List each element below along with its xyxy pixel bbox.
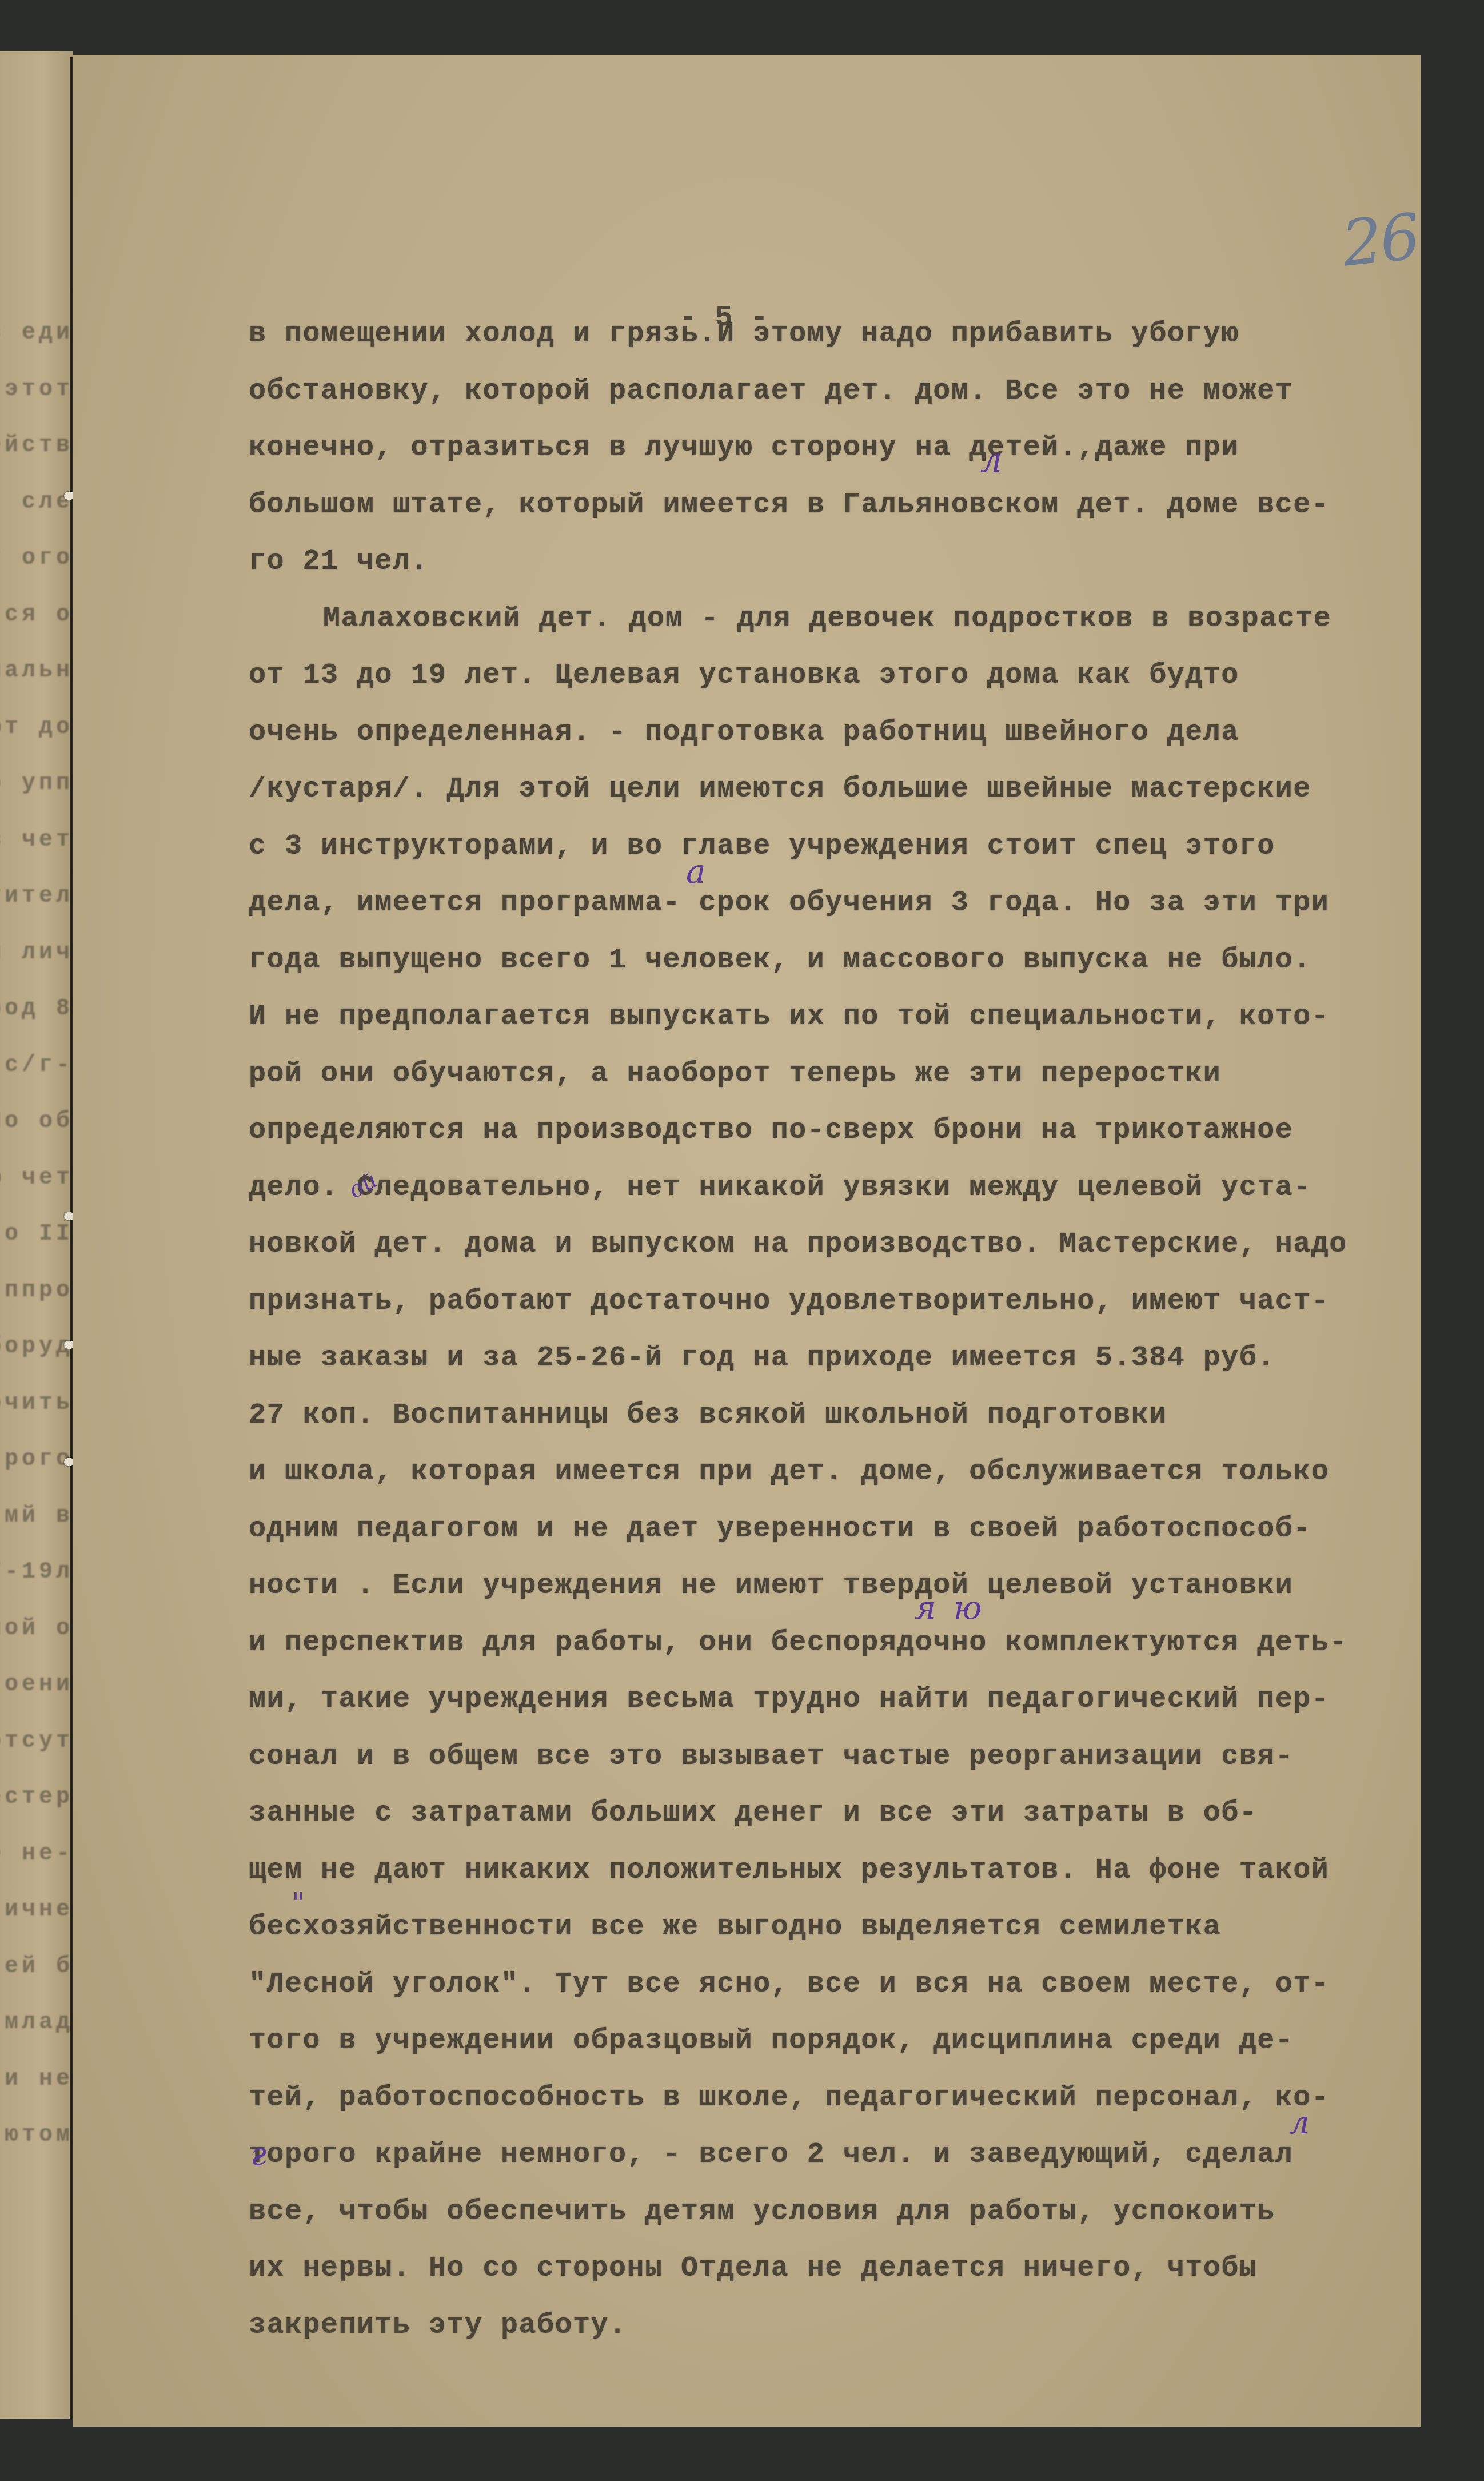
- typed-line: обстановку, которой располагает дет. дом…: [249, 369, 1426, 426]
- left-page-text-fragment: г ого: [2, 545, 73, 571]
- typed-line: занные с затратами больших денег и все э…: [249, 1791, 1426, 1848]
- typed-line: торого крайне немного, - всего 2 чел. и …: [249, 2132, 1426, 2189]
- ink-correction-mark: г: [250, 2136, 266, 2173]
- typed-line: ности . Если учреждения не имеют твердой…: [249, 1563, 1426, 1620]
- typed-line: в помещении холод и грязь.И этому надо п…: [249, 312, 1426, 369]
- typed-line: года выпущено всего 1 человек, и массово…: [249, 938, 1426, 995]
- left-page-text-fragment: ппро: [2, 1278, 73, 1304]
- typed-line: щем не дают никаких положительных резуль…: [249, 1848, 1426, 1905]
- left-page-text-fragment: в чет: [2, 827, 73, 853]
- left-page-text-fragment: рого: [2, 1447, 73, 1472]
- typed-line: и школа, которая имеется при дет. доме, …: [249, 1449, 1426, 1507]
- typed-line: 27 коп. Воспитанницы без всякой школьной…: [249, 1393, 1426, 1450]
- typed-line: их нервы. Но со стороны Отдела не делает…: [249, 2246, 1426, 2303]
- typed-line: от 13 до 19 лет. Целевая установка этого…: [249, 653, 1426, 710]
- typed-line: все, чтобы обеспечить детям условия для …: [249, 2189, 1426, 2247]
- left-page-text-fragment: ую чет: [2, 1165, 73, 1191]
- typed-line: дела, имеется программа- срок обучения 3…: [249, 881, 1426, 938]
- left-page-text-fragment: й лич: [2, 940, 73, 966]
- left-page-text-fragment: -с/г: [2, 1053, 73, 1078]
- left-page-text-fragment: ичне: [2, 1897, 73, 1923]
- left-page-text-fragment: -же не: [2, 1841, 73, 1867]
- typed-line: одним педагогом и не дает уверенности в …: [249, 1507, 1426, 1564]
- typed-line: признать, работают достаточно удовлетвор…: [249, 1279, 1426, 1336]
- typed-line: ные заказы и за 25-26-й год на приходе и…: [249, 1336, 1426, 1393]
- typed-line: закрепить эту работу.: [249, 2303, 1426, 2360]
- typed-line: того в учреждении образцовый порядок, ди…: [249, 2018, 1426, 2076]
- left-page-text-fragment: 7-19л: [2, 1559, 73, 1585]
- typed-line: конечно, отразиться в лучшую сторону на …: [249, 425, 1426, 483]
- typed-line: /кустаря/. Для этой цели имеются большие…: [249, 767, 1426, 824]
- left-page-text-fragment: его II: [2, 1221, 73, 1247]
- typed-line: большом штате, который имеется в Гальяно…: [249, 483, 1426, 540]
- left-page-text-fragment: и млад: [2, 2010, 73, 2036]
- typed-line: Малаховский дет. дом - для девочек подро…: [249, 596, 1426, 654]
- ink-correction-mark: я: [915, 1590, 936, 1627]
- left-page-text-fragment: з еди: [2, 320, 73, 346]
- left-page-text-fragment: ной о: [2, 1616, 73, 1642]
- left-page-text-fragment: и не: [2, 2066, 73, 2092]
- left-page-text-fragment: По об: [2, 1109, 73, 1134]
- typed-line: определяются на производство по-сверх бр…: [249, 1108, 1426, 1165]
- left-page-text-fragment: оборуд: [2, 1334, 73, 1360]
- left-page-text-fragment: ся о: [2, 602, 73, 628]
- left-page-text-fragment: местер: [2, 1785, 73, 1810]
- left-page-text-fragment: мй в: [2, 1503, 73, 1529]
- ink-correction-mark: ю: [954, 1590, 982, 1627]
- handwritten-folio-number: 26: [1339, 200, 1422, 280]
- typed-line: ми, такие учреждения весьма трудно найти…: [249, 1677, 1426, 1734]
- left-page-text-fragment: отсут: [2, 1729, 73, 1754]
- typed-line: тей, работоспособность в школе, педагоги…: [249, 2076, 1426, 2133]
- typed-line: дело. Следовательно, нет никакой увязки …: [249, 1165, 1426, 1222]
- typed-line: "Лесной уголок". Тут все ясно, все и вся…: [249, 1962, 1426, 2019]
- left-page-text-fragment: этот: [2, 377, 73, 403]
- typed-line: рой они обучаются, а наоборот теперь же …: [249, 1052, 1426, 1109]
- left-page-text-fragment: 8 прод: [2, 996, 73, 1022]
- typed-line: новкой дет. дома и выпуском на производс…: [249, 1222, 1426, 1279]
- left-page-text-fragment: ют до: [2, 715, 73, 740]
- left-page-text-fragment: ей б: [2, 1954, 73, 1980]
- ink-correction-mark: л: [980, 440, 1002, 480]
- left-page-text-fragment: тител: [2, 883, 73, 909]
- left-page-text-fragment: очить: [2, 1391, 73, 1416]
- typed-line: и перспектив для работы, они беспорядочн…: [249, 1620, 1426, 1678]
- typed-line: сонал и в общем все это вызывает частые …: [249, 1734, 1426, 1791]
- typed-line: с 3 инструкторами, и во главе учреждения…: [249, 824, 1426, 881]
- left-page-text-fragment: оени: [2, 1672, 73, 1698]
- left-page-text-fragment: я, сле: [2, 489, 73, 515]
- left-page-text-fragment: ютом: [2, 2122, 73, 2148]
- typed-line: очень определенная. - подготовка работни…: [249, 710, 1426, 767]
- left-page-text-fragment: действ: [2, 433, 73, 459]
- ink-correction-mark: л: [1289, 2104, 1310, 2141]
- left-page-text-fragment: о упп: [2, 771, 73, 797]
- typed-line: И не предполагается выпускать их по той …: [249, 994, 1426, 1052]
- ink-correction-mark: а: [686, 852, 706, 891]
- typed-line: го 21 чел.: [249, 539, 1426, 596]
- previous-page-edge: з едиэтотдействя, слег огося оциальнют д…: [0, 51, 73, 2419]
- ink-correction-mark: ": [292, 1887, 305, 1920]
- left-page-text-fragment: циальн: [2, 658, 73, 684]
- typed-line: бесхозяйственности все же выгодно выделя…: [249, 1905, 1426, 1962]
- typewritten-body: в помещении холод и грязь.И этому надо п…: [249, 312, 1426, 2360]
